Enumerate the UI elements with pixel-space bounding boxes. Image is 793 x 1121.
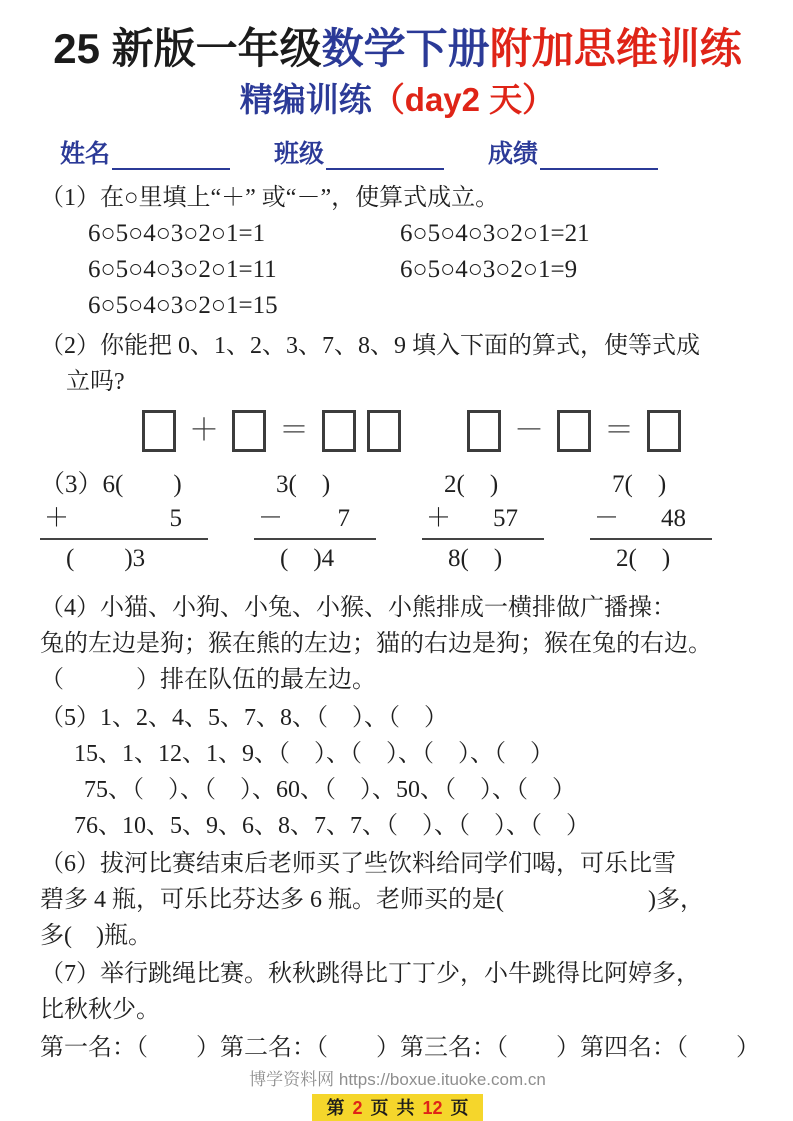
- score-field: 成绩: [488, 134, 658, 170]
- page-label-3: 页: [447, 1098, 473, 1118]
- title-red-part: 附加思维训练: [490, 25, 742, 72]
- q7-ranking-blanks[interactable]: 第一名：（ ）第二名：（ ）第三名：（ ）第四名：（ ）: [40, 1028, 755, 1068]
- answer-box[interactable]: [647, 410, 681, 452]
- page-label-1: 页: [366, 1098, 392, 1118]
- question-7: （7）举行跳绳比赛。秋秋跳得比丁丁少，小牛跳得比阿婷多， 比秋秋少。 第一名：（…: [40, 956, 755, 1068]
- title-blue-part: 数学下册: [322, 25, 490, 72]
- q6-line-2: 碧多 4 瓶，可乐比芬达多 6 瓶。老师买的是( )多，: [40, 882, 755, 918]
- class-field: 班级: [274, 134, 444, 170]
- page-prefix: 第: [322, 1098, 348, 1118]
- minus-sign: －: [514, 410, 544, 452]
- q2-subtraction-expression: － ＝: [467, 410, 681, 452]
- question-4: （4）小猫、小狗、小兔、小猴、小熊排成一横排做广播操： 兔的左边是狗；猴在熊的左…: [40, 590, 755, 698]
- two-digit-answer-boxes: [322, 410, 401, 452]
- student-info-row: 姓名 班级 成绩: [60, 134, 755, 170]
- score-blank-line[interactable]: [540, 144, 658, 170]
- q1-equation: 6○5○4○3○2○1=21: [400, 216, 755, 252]
- q1-prompt: （1）在○里填上“＋” 或“－”，使算式成立。: [40, 180, 755, 216]
- question-6: （6）拔河比赛结束后老师买了些饮料给同学们喝，可乐比雪 碧多 4 瓶，可乐比芬达…: [40, 846, 755, 954]
- vp1-result[interactable]: ( )3: [40, 540, 208, 576]
- vp4-top: 7( ): [590, 468, 712, 502]
- q6-line-3: 多( )瓶。: [40, 918, 755, 954]
- page-indicator: 第2页共12页: [312, 1094, 482, 1121]
- vp4-operand: 48: [661, 502, 686, 536]
- vp2-result[interactable]: ( )4: [254, 540, 376, 576]
- subtitle-red-part: （day2 天）: [372, 81, 555, 118]
- equals-sign: ＝: [604, 410, 634, 452]
- vp3-top: 2( ): [422, 468, 544, 502]
- question-5: （5）1、2、4、5、7、8、（ ）、（ ） 15、1、12、1、9、（ ）、（…: [40, 700, 755, 844]
- answer-box[interactable]: [142, 410, 176, 452]
- worksheet-page: 25 新版一年级数学下册附加思维训练 精编训练（day2 天） 姓名 班级 成绩…: [0, 0, 793, 1121]
- q6-line-1: （6）拔河比赛结束后老师买了些饮料给同学们喝，可乐比雪: [40, 846, 755, 882]
- q5-line-4: 76、10、5、9、6、8、7、7、（ ）、（ ）、（ ）: [40, 808, 755, 844]
- q3-label: （3）: [40, 471, 103, 498]
- vp4-operator: －: [594, 502, 619, 536]
- vp4-result[interactable]: 2( ): [590, 540, 712, 576]
- q1-equation: 6○5○4○3○2○1=1: [88, 216, 400, 252]
- q2-prompt-line-2: 立吗?: [40, 364, 755, 400]
- page-footer: 博学资料网 https://boxue.ituoke.com.cn 第2页共12…: [40, 1068, 755, 1121]
- answer-box[interactable]: [557, 410, 591, 452]
- class-label: 班级: [274, 134, 324, 170]
- subtitle-blue-part: 精编训练: [240, 81, 372, 118]
- q2-addition-expression: ＋ ＝: [142, 410, 401, 452]
- vp3-operand: 57: [493, 502, 518, 536]
- vertical-problem-3: 2( ) ＋ 57 8( ): [422, 468, 544, 576]
- name-field: 姓名: [60, 134, 230, 170]
- q7-line-2: 比秋秋少。: [40, 992, 755, 1028]
- q5-line-1: （5）1、2、4、5、7、8、（ ）、（ ）: [40, 700, 755, 736]
- total-pages-number: 12: [418, 1098, 446, 1118]
- question-2: （2）你能把 0、1、2、3、7、8、9 填入下面的算式，使等式成 立吗? ＋ …: [40, 328, 755, 464]
- q2-prompt-line-1: （2）你能把 0、1、2、3、7、8、9 填入下面的算式，使等式成: [40, 328, 755, 364]
- q1-equation: 6○5○4○3○2○1=9: [400, 252, 755, 288]
- q4-line-3: （ ）排在队伍的最左边。: [40, 662, 755, 698]
- current-page-number: 2: [348, 1098, 366, 1118]
- q1-equation: 6○5○4○3○2○1=15: [88, 288, 400, 324]
- q5-line-3: 75、（ ）、（ ）、60、（ ）、50、（ ）、（ ）: [40, 772, 755, 808]
- answer-box[interactable]: [232, 410, 266, 452]
- question-1: （1）在○里填上“＋” 或“－”，使算式成立。 6○5○4○3○2○1=1 6○…: [40, 180, 755, 326]
- class-blank-line[interactable]: [326, 144, 444, 170]
- plus-sign: ＋: [189, 410, 219, 452]
- vertical-problem-1: （3）6( ) ＋ 5 ( )3: [40, 468, 208, 576]
- vp1-operand: 5: [170, 502, 183, 536]
- vp1-operator: ＋: [44, 502, 69, 536]
- q4-line-1: （4）小猫、小狗、小兔、小猴、小熊排成一横排做广播操：: [40, 590, 755, 626]
- vertical-problem-4: 7( ) － 48 2( ): [590, 468, 712, 576]
- answer-box[interactable]: [322, 410, 356, 452]
- title-black-part: 25 新版一年级: [53, 25, 321, 72]
- vp2-operand: 7: [338, 502, 351, 536]
- page-subtitle: 精编训练（day2 天）: [40, 78, 755, 122]
- answer-box[interactable]: [367, 410, 401, 452]
- answer-box[interactable]: [467, 410, 501, 452]
- name-label: 姓名: [60, 134, 110, 170]
- vp2-top: 3( ): [254, 468, 376, 502]
- q1-equations: 6○5○4○3○2○1=1 6○5○4○3○2○1=21 6○5○4○3○2○1…: [40, 216, 755, 324]
- q1-equation: 6○5○4○3○2○1=11: [88, 252, 400, 288]
- score-label: 成绩: [488, 134, 538, 170]
- vertical-problem-2: 3( ) － 7 ( )4: [254, 468, 376, 576]
- name-blank-line[interactable]: [112, 144, 230, 170]
- vp3-operator: ＋: [426, 502, 451, 536]
- q2-expressions: ＋ ＝ － ＝: [40, 410, 755, 452]
- vp1-top: 6( ): [103, 471, 182, 498]
- q5-line-2: 15、1、12、1、9、（ ）、（ ）、（ ）、（ ）: [40, 736, 755, 772]
- question-3: （3）6( ) ＋ 5 ( )3 3( ) － 7 ( )4 2( ) ＋ 57…: [40, 468, 755, 576]
- page-label-2: 共: [392, 1098, 418, 1118]
- q4-line-2: 兔的左边是狗；猴在熊的左边；猫的右边是狗；猴在兔的右边。: [40, 626, 755, 662]
- watermark-url: 博学资料网 https://boxue.ituoke.com.cn: [40, 1068, 755, 1092]
- vp2-operator: －: [258, 502, 283, 536]
- page-title: 25 新版一年级数学下册附加思维训练: [40, 24, 755, 74]
- vp3-result[interactable]: 8( ): [422, 540, 544, 576]
- equals-sign: ＝: [279, 410, 309, 452]
- q7-line-1: （7）举行跳绳比赛。秋秋跳得比丁丁少，小牛跳得比阿婷多，: [40, 956, 755, 992]
